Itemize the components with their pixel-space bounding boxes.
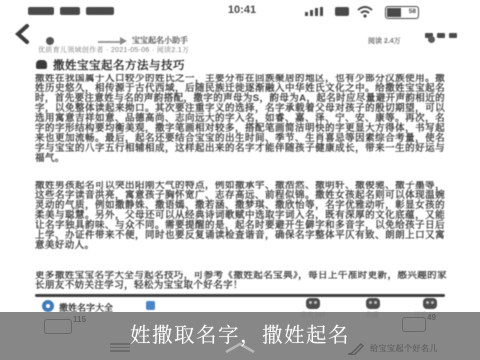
app-screen: 10:41 58 <box>0 0 480 360</box>
status-bar: 10:41 58 <box>0 0 480 22</box>
related-search-link[interactable]: 撒姓名字大全 <box>42 299 172 313</box>
notification-icon <box>28 7 54 15</box>
more-menu-button[interactable] <box>421 25 461 33</box>
search-topic-icon <box>42 300 54 312</box>
comment-icon <box>423 298 437 309</box>
like-icon <box>306 298 320 309</box>
notification-icon <box>60 7 80 15</box>
avatar[interactable] <box>46 37 54 45</box>
back-arrow-icon <box>13 23 35 45</box>
wifi-icon <box>357 5 373 17</box>
article-paragraph: 撒姓男孩起名可以突出阳刚大气的特点，例如撒承宇、撒浩然、撒明轩、撒俊驰、撒子墨等… <box>35 181 445 263</box>
battery-percent: 58 <box>409 8 416 15</box>
article-meta-line: 优质育儿领域创作者 · 2021-05-06 · 阅读2.1万 <box>38 45 258 55</box>
author-flair-icon <box>120 37 127 45</box>
battery-icon: 58 <box>385 6 419 19</box>
article-paragraph: 撒姓在我国属于人口较少的姓氏之一，主要分布在回族聚居的地区，也有少部分汉族使用。… <box>35 74 445 173</box>
read-count: 阅读 2.4万 <box>368 36 401 46</box>
clock: 10:41 <box>212 4 272 16</box>
signal-icon <box>305 7 325 16</box>
favorite-icon <box>366 298 380 309</box>
section-divider <box>35 294 445 297</box>
video-caption: 姓撒取名字，撒姓起名 <box>0 318 480 348</box>
video-caption-overlay: 115 49 给宝宝起个好名儿 姓撒取名字，撒姓起名 <box>0 312 480 360</box>
volte-icon <box>335 7 349 16</box>
hot-badge-icon <box>146 301 155 310</box>
section-icon <box>36 60 47 69</box>
follow-dot-icon[interactable] <box>428 36 435 43</box>
notification-icon <box>86 7 114 15</box>
article-page: 10:41 58 <box>0 0 480 360</box>
article-paragraph: 更多撒姓宝宝名字大全与起名技巧，可参考《撒姓起名宝典》，每日上午准时更新，感兴趣… <box>35 271 447 292</box>
section-heading: 撒姓宝宝起名方法与技巧 <box>53 57 185 73</box>
back-button[interactable] <box>13 23 35 45</box>
